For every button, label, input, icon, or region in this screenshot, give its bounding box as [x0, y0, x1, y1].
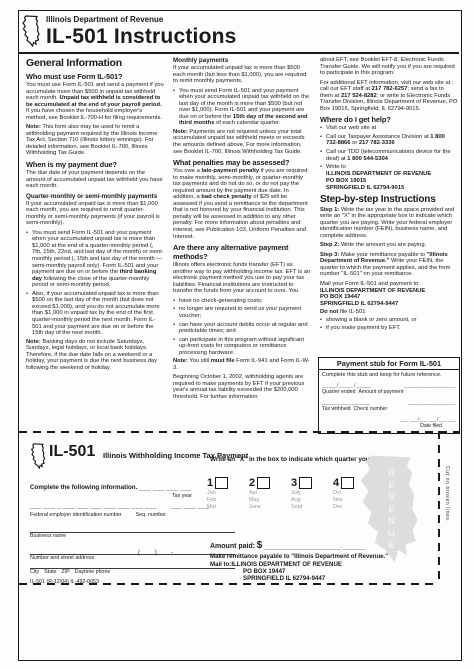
quarter-1-months: Jan Feb Mar — [207, 490, 231, 511]
check-number-label: Check number — [354, 406, 388, 412]
seq-number-field[interactable]: ___ ___ ___ — [171, 503, 210, 509]
help-address-line: PO BOX 19015 — [320, 178, 458, 185]
question-heading: Where do I get help? — [320, 115, 458, 124]
list-item: Call our TDD (telecommunications device … — [320, 149, 458, 162]
mail-address-line: ILLINOIS DEPARTMENT OF REVENUE — [320, 288, 458, 295]
check-number-field[interactable]: _____________ — [408, 400, 456, 406]
amount-paid-label: Amount paid: — [210, 543, 255, 550]
quarter-2-number: 2 — [249, 477, 255, 489]
quarter-ended-label: Quarter ended — [322, 389, 355, 395]
section-heading: Step-by-step Instructions — [320, 194, 458, 205]
list-item: can participate in this program without … — [173, 337, 311, 357]
fein-label: Federal employer identification number — [30, 512, 122, 518]
seq-number-label: Seq. number — [136, 512, 166, 518]
paragraph: Beginning October 1, 2002, withholding a… — [173, 374, 311, 400]
city-label: City — [30, 569, 39, 575]
quarter-1-group: 1 Jan Feb Mar — [207, 477, 231, 511]
paragraph: For additional EFT information, visit ou… — [320, 80, 458, 113]
header-rule — [19, 52, 459, 54]
list-item: have no check-generating costs; — [173, 298, 311, 305]
mail-to-label: Mail to: — [210, 561, 231, 568]
paragraph: Note: Payments are not required unless y… — [173, 129, 311, 155]
form-revision-code: IL-501 (R-12/04) IL-492-0053 — [30, 579, 99, 585]
instruction-columns: General Information Who must use Form IL… — [26, 57, 458, 404]
il501-instructions-page: Illinois Department of Revenue IL-501 In… — [0, 0, 474, 669]
mail-address-line: ILLINOIS DEPARTMENT OF REVENUE — [231, 561, 342, 568]
amount-paid-row: Amount paid: $ ____________________.____… — [210, 540, 365, 551]
help-address-line: ILLINOIS DEPARTMENT OF REVENUE — [320, 171, 458, 178]
quarter-4-months: Oct Nov Dec — [333, 490, 357, 511]
paragraph: Step 3: Make your remittance payable to … — [320, 252, 458, 278]
tax-withheld-label: Tax withheld — [322, 406, 351, 412]
list-item: if you make payment by EFT. — [320, 325, 458, 332]
mail-address-line: SPRINGFIELD IL 62794-9447 — [320, 301, 458, 308]
amount-of-payment-field[interactable]: ______________ — [404, 383, 456, 389]
agency-name: Illinois Department of Revenue — [46, 15, 237, 24]
remittance-note: Make remittance payable to "Illinois Dep… — [210, 553, 388, 560]
cut-line-top — [19, 431, 459, 433]
dollar-sign: $ — [257, 540, 263, 551]
illinois-state-icon — [30, 443, 47, 474]
tax-year-field[interactable]: ___ ___ ___ ___ — [139, 485, 192, 491]
sub-heading: Quarter-monthly or semi-monthly payments — [26, 193, 164, 200]
complete-information-row: Complete the following information. ___ … — [30, 484, 192, 491]
quarter-3-number: 3 — [291, 477, 297, 489]
list-item: showing a blank or zero amount, or — [320, 317, 458, 324]
mail-address-line: PO BOX 19447 — [243, 568, 285, 575]
mail-address-line: PO BOX 19447 — [320, 294, 458, 301]
watermark-text: REVENUE — [384, 468, 396, 552]
zip-label: ZIP — [62, 569, 70, 575]
city-state-zip-phone-labels: City State ZIP Daytime phone — [30, 569, 110, 575]
illinois-state-icon — [21, 15, 42, 52]
date-filed-label: Date filed — [420, 423, 442, 429]
quarter-2-checkbox[interactable] — [257, 477, 270, 489]
paragraph: Note: You still must file Form IL-941 an… — [173, 358, 311, 371]
paragraph: If your accumulated unpaid tax is more t… — [173, 65, 311, 85]
quarter-3-group: 3 July Aug Sept — [291, 477, 315, 511]
sub-heading: Monthly payments — [173, 57, 311, 64]
tax-year-label: Tax year — [172, 493, 192, 499]
cents-field[interactable]: ______ — [342, 544, 365, 550]
fein-row: ___ ___ _ ___ ___ ___ ___ ___ ___ ___ __… — [30, 503, 209, 509]
list-item: You must send Form IL-501 and your payme… — [173, 88, 311, 127]
payment-stub-intro: Complete this stub and keep for future r… — [322, 372, 456, 378]
street-address-label: Number and street address — [30, 555, 94, 561]
paragraph: If your accumulated unpaid tax is more t… — [26, 201, 164, 227]
paragraph: Note: This form also may be used to remi… — [26, 124, 164, 157]
cut-note: Cut on broken lines. — [444, 466, 450, 522]
help-address-line: SPRINGFIELD IL 62794-9015 — [320, 185, 458, 192]
amount-paid-field[interactable]: ____________________ — [264, 544, 341, 550]
quarter-4-number: 4 — [333, 477, 339, 489]
state-label: State — [44, 569, 56, 575]
cut-line-right — [438, 431, 440, 584]
fein-labels: Federal employer identification number S… — [30, 512, 166, 518]
payment-stub-box: Payment stub for Form IL-501 Complete th… — [318, 357, 460, 434]
mail-to-row: Mail to:ILLINOIS DEPARTMENT OF REVENUE — [210, 561, 342, 568]
quarter-1-number: 1 — [207, 477, 213, 489]
paragraph: Step 1: Write the tax year in the space … — [320, 207, 458, 240]
mail-address-line: SPRINGFIELD IL 62794-9447 — [243, 575, 325, 582]
complete-information-label: Complete the following information. — [30, 484, 137, 491]
section-heading: General Information — [26, 57, 164, 69]
list-item: Call our Taxpayer Assistance Division at… — [320, 134, 458, 147]
quarter-2-group: 2 Apr May June — [249, 477, 273, 511]
paragraph: Do not file IL-501 — [320, 309, 458, 316]
quarter-2-months: Apr May June — [249, 490, 273, 511]
business-name-label: Business name — [30, 533, 66, 539]
quarter-1-checkbox[interactable] — [215, 477, 228, 489]
paragraph: The due date of your payment depends on … — [26, 170, 164, 190]
paragraph: You owe a late-payment penalty if you ar… — [173, 168, 311, 240]
list-item: can have your account debits occur at re… — [173, 322, 311, 335]
question-heading: What penalties may be assessed? — [173, 158, 311, 167]
list-item: You must send Form IL-501 and your payme… — [26, 230, 164, 289]
daytime-phone-label: Daytime phone — [75, 569, 111, 575]
quarter-4-checkbox[interactable] — [341, 477, 354, 489]
paragraph: Note: Banking days do not include Saturd… — [26, 339, 164, 372]
column-general-information: General Information Who must use Form IL… — [26, 57, 164, 404]
list-item: Also, if your accumulated unpaid tax is … — [26, 291, 164, 337]
list-item: Write to — [320, 164, 458, 171]
fein-field[interactable]: ___ ___ _ ___ ___ ___ ___ ___ ___ ___ — [30, 503, 157, 509]
list-item: no longer are required to send us your p… — [173, 306, 311, 319]
payment-stub-title: Payment stub for Form IL-501 — [319, 358, 459, 370]
question-heading: Who must use Form IL-501? — [26, 72, 164, 81]
quarter-4-group: 4 Oct Nov Dec — [333, 477, 357, 511]
paragraph: Illinois offers electronic funds transfe… — [173, 262, 311, 295]
list-item: Visit our web site at — [320, 125, 458, 132]
paragraph: about EFT, see Booklet EFT-8, Electronic… — [320, 57, 458, 77]
phone-hint: ( ) - — [138, 549, 173, 556]
form-number: IL-501 — [49, 443, 95, 461]
column-help-steps: about EFT, see Booklet EFT-8, Electronic… — [320, 57, 458, 404]
quarter-3-checkbox[interactable] — [299, 477, 312, 489]
paragraph: You must use Form IL-501 and send a paym… — [26, 82, 164, 121]
quarter-3-months: July Aug Sept — [291, 490, 315, 511]
page-title: IL-501 Instructions — [46, 25, 237, 49]
document-header: Illinois Department of Revenue IL-501 In… — [46, 15, 237, 49]
amount-of-payment-label: Amount of payment — [358, 389, 403, 395]
question-heading: When is my payment due? — [26, 160, 164, 169]
paragraph: Step 2: Write the amount you are paying. — [320, 242, 458, 249]
column-payments-penalties: Monthly payments If your accumulated unp… — [173, 57, 311, 404]
question-heading: Are there any alternative payment method… — [173, 243, 311, 261]
quarter-selector: 1 Jan Feb Mar 2 Apr May June 3 — [207, 477, 357, 511]
